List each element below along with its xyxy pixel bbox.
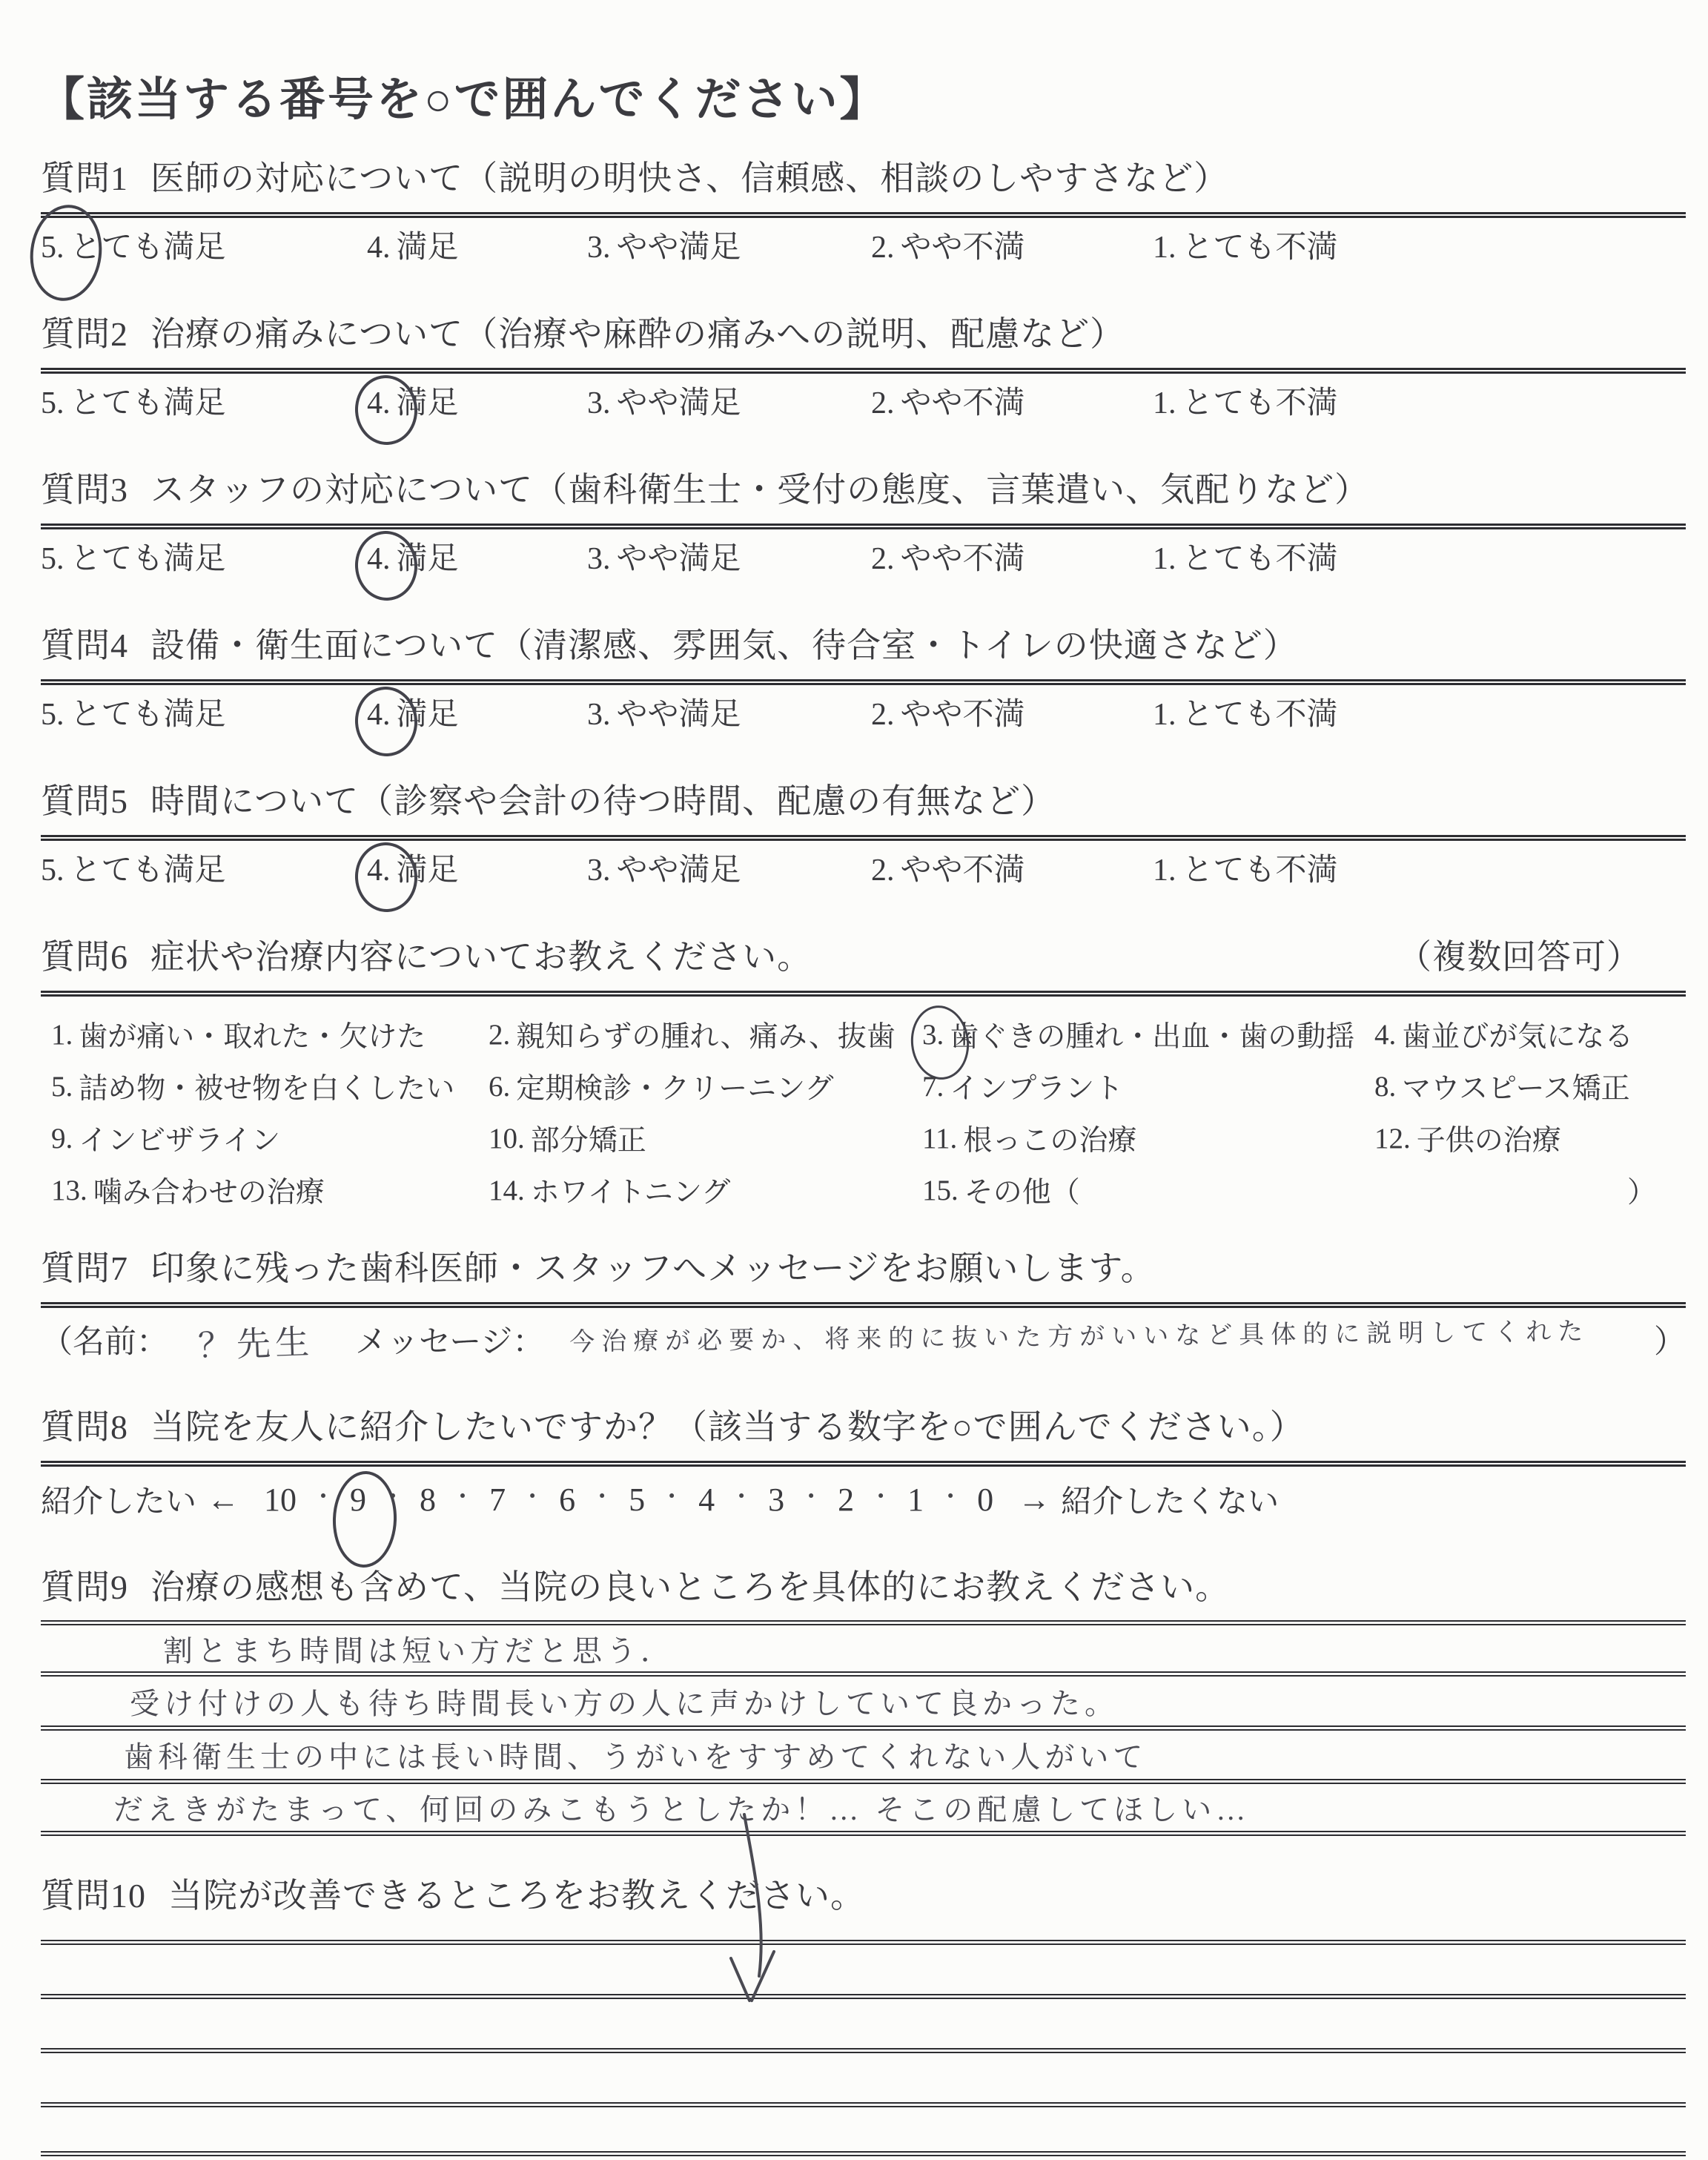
- recommend-scale-row: 紹介したい ← 10・ 9・ 8・ 7・ 6・ 5・ 4・ 3・ 2・ 1・ 0…: [41, 1477, 1686, 1522]
- question-5-title: 時間について（診察や会計の待つ時間、配慮の有無など）: [150, 782, 1056, 820]
- ruled-line: [41, 991, 1686, 997]
- ruled-line: [41, 368, 1686, 374]
- q6-item-6: 6.定期検診・クリーニング: [489, 1060, 922, 1112]
- q6-item-7: 7.インプラント: [922, 1060, 1374, 1112]
- q6-item-13: 13.噛み合わせの治療: [51, 1164, 489, 1216]
- question-3-label: 質問3: [41, 471, 128, 509]
- left-arrow-icon: ←: [207, 1481, 239, 1519]
- question-4-block: 質問4設備・衛生面について（清潔感、雰囲気、待合室・トイレの快適さなど） 5.と…: [41, 624, 1686, 734]
- option-1-very-dissatisfied: 1.とても不満: [1153, 540, 1338, 578]
- ruled-line: [41, 1461, 1686, 1467]
- ruled-line: [41, 212, 1686, 218]
- scale-9: 9: [350, 1481, 366, 1519]
- option-5-very-satisfied: 5.とても満足: [41, 228, 367, 267]
- question-6-label: 質問6: [41, 938, 128, 976]
- q6-item-12: 12.子供の治療: [1374, 1112, 1686, 1164]
- question-3-title: スタッフの対応について（歯科衛生士・受付の態度、言葉遣い、気配りなど）: [150, 471, 1369, 509]
- question-1-label: 質問1: [41, 159, 128, 197]
- q6-item-1: 1.歯が痛い・取れた・欠けた: [51, 1008, 489, 1060]
- q6-item-8: 8.マウスピース矯正: [1374, 1060, 1686, 1112]
- q6-item-9: 9.インビザライン: [51, 1112, 489, 1164]
- q6-item-4: 4.歯並びが気になる: [1374, 1008, 1686, 1060]
- scale-6: 6: [559, 1481, 575, 1519]
- question-3-block: 質問3スタッフの対応について（歯科衛生士・受付の態度、言葉遣い、気配りなど） 5…: [41, 469, 1686, 578]
- option-5-very-satisfied: 5.とても満足: [41, 384, 367, 423]
- option-1-very-dissatisfied: 1.とても不満: [1153, 384, 1338, 423]
- scale-7: 7: [489, 1481, 506, 1519]
- question-4-title: 設備・衛生面について（清潔感、雰囲気、待合室・トイレの快適さなど）: [150, 627, 1298, 664]
- question-6-title: 症状や治療内容についてお教えください。: [150, 938, 812, 976]
- question-2-block: 質問2治療の痛みについて（治療や麻酔の痛みへの説明、配慮など） 5.とても満足 …: [41, 313, 1686, 423]
- q9-writing-area: 割とまち時間は短い方だと思う． 受け付けの人も待ち時間長い方の人に声かけしていて…: [41, 1620, 1686, 1836]
- scale-5: 5: [629, 1481, 645, 1519]
- scale-left-label: 紹介したい: [41, 1477, 196, 1522]
- option-2-somewhat-dissatisfied: 2.やや不満: [871, 851, 1153, 890]
- option-3-somewhat-satisfied: 3.やや満足: [587, 228, 871, 267]
- q6-other-close-paren: ）: [1374, 1164, 1686, 1216]
- scale-3: 3: [768, 1481, 784, 1519]
- question-10-title: 当院が改善できるところをお教えください。: [168, 1877, 865, 1915]
- handwritten-line: 歯科衛生士の中には長い時間、うがいをすすめてくれない人がいて: [41, 1731, 1686, 1784]
- scale-10: 10: [264, 1481, 297, 1519]
- scanned-questionnaire-page: 【該当する番号を○で囲んでください】 質問1医師の対応について（説明の明快さ、信…: [0, 0, 1708, 2160]
- question-7-block: 質問7印象に残った歯科医師・スタッフへメッセージをお願いします。 （名前： ？先…: [41, 1247, 1686, 1366]
- scale-8: 8: [420, 1481, 436, 1519]
- ruled-line: [41, 1302, 1686, 1308]
- blank-answer-line: [41, 2102, 1686, 2107]
- question-2-title: 治療の痛みについて（治療や麻酔の痛みへの説明、配慮など）: [150, 315, 1125, 353]
- option-4-satisfied: 4.満足: [367, 696, 587, 734]
- close-paren: ）: [1654, 1317, 1686, 1362]
- option-3-somewhat-satisfied: 3.やや満足: [587, 540, 871, 578]
- q7-answer-row: （名前： ？先生 メッセージ： 今治療が必要か、将来的に抜いた方がいいなど具体的…: [41, 1317, 1686, 1366]
- question-2-label: 質問2: [41, 315, 128, 353]
- q6-item-3: 3.歯ぐきの腫れ・出血・歯の動揺: [922, 1008, 1374, 1060]
- question-10-block: 質問10当院が改善できるところをお教えください。: [41, 1875, 1686, 1918]
- symptom-options-grid: 1.歯が痛い・取れた・欠けた 2.親知らずの腫れ、痛み、抜歯 3.歯ぐきの腫れ・…: [41, 1008, 1686, 1216]
- option-3-somewhat-satisfied: 3.やや満足: [587, 384, 871, 423]
- ruled-line: [41, 835, 1686, 841]
- scale-2: 2: [838, 1481, 854, 1519]
- option-2-somewhat-dissatisfied: 2.やや不満: [871, 384, 1153, 423]
- option-4-satisfied: 4.満足: [367, 384, 587, 423]
- option-2-somewhat-dissatisfied: 2.やや不満: [871, 540, 1153, 578]
- option-5-very-satisfied: 5.とても満足: [41, 851, 367, 890]
- question-4-label: 質問4: [41, 627, 128, 664]
- blank-answer-line: [41, 2048, 1686, 2053]
- q6-item-11: 11.根っこの治療: [922, 1112, 1374, 1164]
- question-5-label: 質問5: [41, 782, 128, 820]
- option-2-somewhat-dissatisfied: 2.やや不満: [871, 696, 1153, 734]
- question-5-options: 5.とても満足 4.満足 3.やや満足 2.やや不満 1.とても不満: [41, 851, 1686, 890]
- handwritten-line: だえきがたまって、何回のみこもうとしたか！… そこの配慮してほしい…: [41, 1784, 1686, 1836]
- question-9-block: 質問9治療の感想も含めて、当院の良いところを具体的にお教えください。 割とまち時…: [41, 1566, 1686, 1836]
- question-8-block: 質問8当院を友人に紹介したいですか？（該当する数字を○で囲んでください。） 紹介…: [41, 1406, 1686, 1522]
- q6-item-14: 14.ホワイトニング: [489, 1164, 922, 1216]
- scale-right-label: 紹介したくない: [1061, 1477, 1279, 1522]
- q6-item-5: 5.詰め物・被せ物を白くしたい: [51, 1060, 489, 1112]
- option-3-somewhat-satisfied: 3.やや満足: [587, 696, 871, 734]
- question-7-label: 質問7: [41, 1249, 128, 1287]
- blank-answer-line: [41, 1994, 1686, 1999]
- option-4-satisfied: 4.満足: [367, 851, 587, 890]
- option-3-somewhat-satisfied: 3.やや満足: [587, 851, 871, 890]
- message-field-label: メッセージ：: [355, 1317, 544, 1362]
- q6-item-2: 2.親知らずの腫れ、痛み、抜歯: [489, 1008, 922, 1060]
- option-5-very-satisfied: 5.とても満足: [41, 696, 367, 734]
- message-field-handwritten-value: 今治療が必要か、将来的に抜いた方がいいなど具体的に説明してくれた: [569, 1310, 1654, 1358]
- option-1-very-dissatisfied: 1.とても不満: [1153, 228, 1338, 267]
- question-7-title: 印象に残った歯科医師・スタッフへメッセージをお願いします。: [150, 1249, 1156, 1287]
- blank-answer-line: [41, 1940, 1686, 1945]
- multiple-answers-note: （複数回答可）: [1397, 936, 1641, 979]
- question-1-title: 医師の対応について（説明の明快さ、信頼感、相談のしやすさなど）: [150, 159, 1228, 197]
- option-4-satisfied: 4.満足: [367, 228, 587, 267]
- q6-item-15-other: 15.その他（: [922, 1164, 1374, 1216]
- option-1-very-dissatisfied: 1.とても不満: [1153, 851, 1338, 890]
- handwritten-line: 受け付けの人も待ち時間長い方の人に声かけしていて良かった。: [41, 1677, 1686, 1731]
- question-9-title: 治療の感想も含めて、当院の良いところを具体的にお教えください。: [150, 1568, 1230, 1606]
- question-6-block: 質問6症状や治療内容についてお教えください。 （複数回答可） 1.歯が痛い・取れ…: [41, 936, 1686, 1216]
- option-5-very-satisfied: 5.とても満足: [41, 540, 367, 578]
- question-2-options: 5.とても満足 4.満足 3.やや満足 2.やや不満 1.とても不満: [41, 384, 1686, 423]
- page-title: 【該当する番号を○で囲んでください】: [39, 62, 887, 128]
- question-1-options: 5.とても満足 4.満足 3.やや満足 2.やや不満 1.とても不満: [41, 228, 1686, 267]
- option-1-very-dissatisfied: 1.とても不満: [1153, 696, 1338, 734]
- blank-answer-line: [41, 2151, 1686, 2156]
- question-8-title: 当院を友人に紹介したいですか？（該当する数字を○で囲んでください。）: [150, 1408, 1305, 1446]
- name-field-label: （名前：: [41, 1317, 168, 1362]
- question-1-block: 質問1医師の対応について（説明の明快さ、信頼感、相談のしやすさなど） 5.とても…: [41, 157, 1686, 267]
- right-arrow-icon: →: [1018, 1481, 1050, 1519]
- name-field-handwritten-value: ？先生: [197, 1315, 314, 1367]
- scale-1: 1: [907, 1481, 924, 1519]
- handwritten-line: 割とまち時間は短い方だと思う．: [41, 1625, 1686, 1677]
- question-3-options: 5.とても満足 4.満足 3.やや満足 2.やや不満 1.とても不満: [41, 540, 1686, 578]
- question-5-block: 質問5時間について（診察や会計の待つ時間、配慮の有無など） 5.とても満足 4.…: [41, 780, 1686, 890]
- question-9-label: 質問9: [41, 1568, 128, 1606]
- option-2-somewhat-dissatisfied: 2.やや不満: [871, 228, 1153, 267]
- ruled-line: [41, 524, 1686, 529]
- q6-item-10: 10.部分矯正: [489, 1112, 922, 1164]
- question-4-options: 5.とても満足 4.満足 3.やや満足 2.やや不満 1.とても不満: [41, 696, 1686, 734]
- scale-0: 0: [977, 1481, 993, 1519]
- option-4-satisfied: 4.満足: [367, 540, 587, 578]
- question-10-label: 質問10: [41, 1877, 146, 1915]
- ruled-line: [41, 679, 1686, 685]
- question-8-label: 質問8: [41, 1408, 128, 1446]
- scale-4: 4: [698, 1481, 715, 1519]
